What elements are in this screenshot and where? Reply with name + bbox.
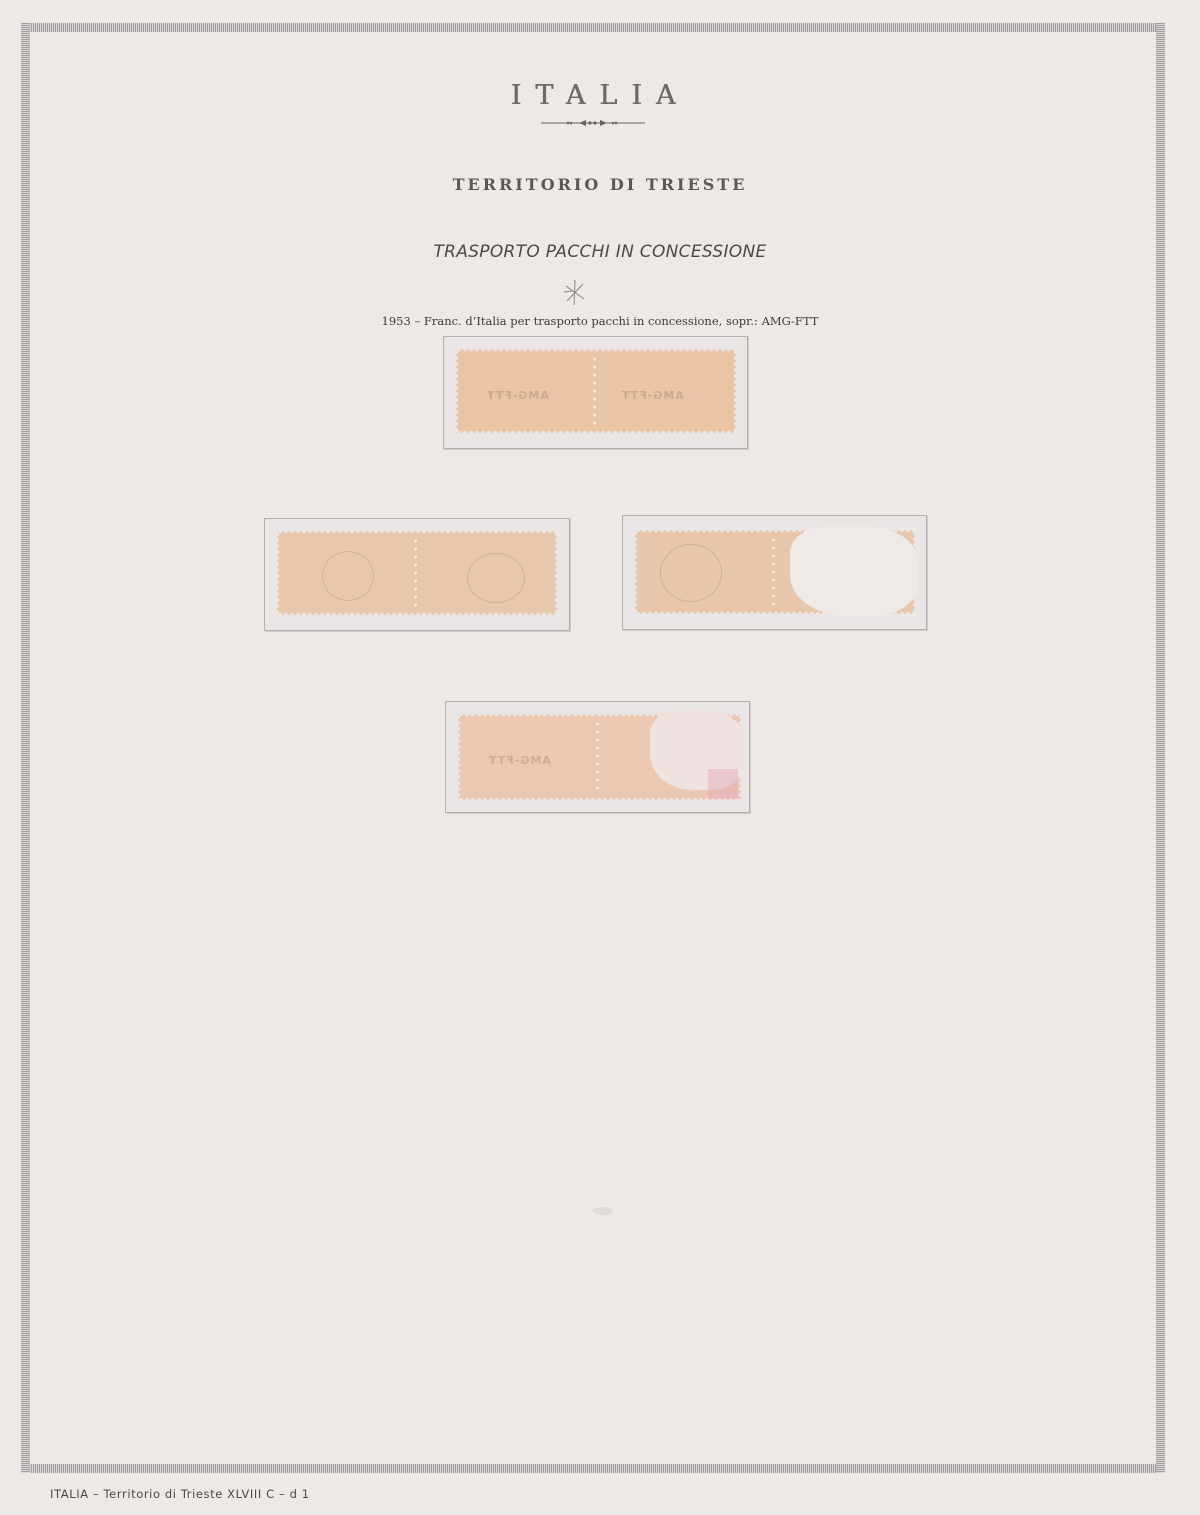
stamp-pair-3[interactable] — [635, 530, 915, 614]
stamp-pair-1[interactable]: AMG-FTT AMG-FTT — [456, 349, 736, 433]
stamp-mount-2[interactable] — [264, 518, 570, 631]
ornament-divider-icon — [541, 118, 645, 128]
asterisk-mark-icon — [560, 277, 590, 307]
page-footer: ITALIA – Territorio di Trieste XLVIII C … — [50, 1487, 310, 1501]
page-border-left — [21, 23, 30, 1473]
stamp-pair-4[interactable]: AMG-FTT — [458, 714, 741, 800]
issue-caption: 1953 – Franc. d’Italia per trasporto pac… — [0, 314, 1200, 328]
stamp-mount-4[interactable]: AMG-FTT — [445, 701, 750, 813]
page-subtitle: TERRITORIO DI TRIESTE — [0, 175, 1200, 194]
stamp-mount-1[interactable]: AMG-FTT AMG-FTT — [443, 336, 748, 449]
page-border-top — [21, 23, 1165, 32]
page-title: ITALIA — [0, 80, 1200, 111]
page-border-right — [1156, 23, 1165, 1473]
page-border-bottom — [21, 1464, 1165, 1473]
paper-mark — [593, 1207, 613, 1215]
section-heading: TRASPORTO PACCHI IN CONCESSIONE — [0, 242, 1200, 262]
stamp-mount-3[interactable] — [622, 515, 927, 630]
stamp-pair-2[interactable] — [277, 531, 557, 615]
